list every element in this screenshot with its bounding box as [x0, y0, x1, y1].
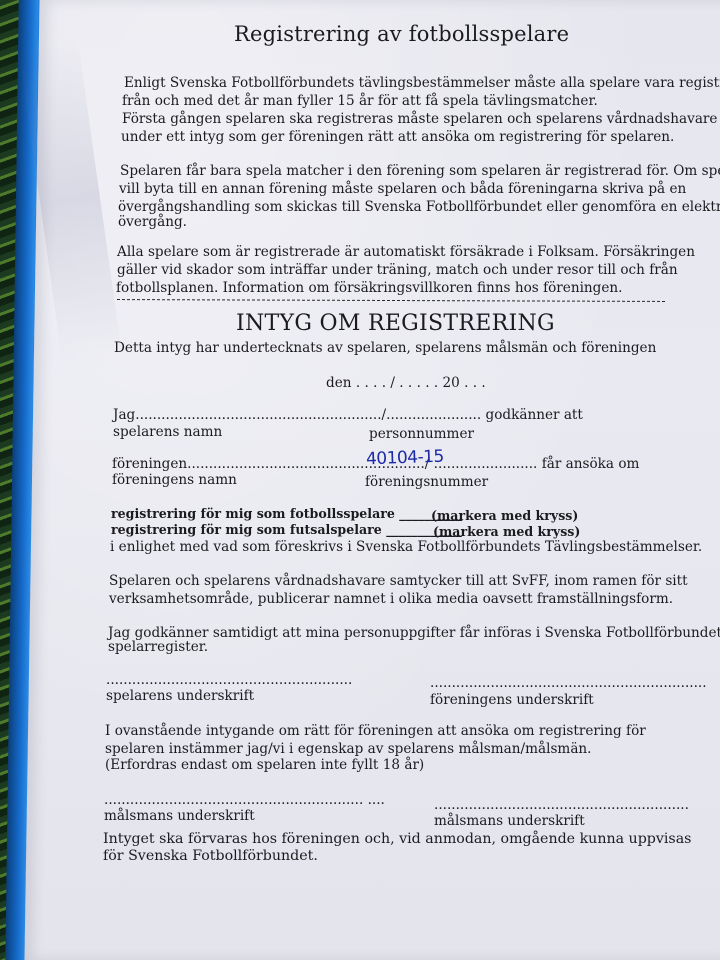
guardian-text-line: I ovanstående intygande om rätt för före…: [105, 723, 646, 740]
certificate-subheading: Detta intyg har undertecknats av spelare…: [114, 340, 656, 357]
certificate-heading: INTYG OM REGISTRERING: [236, 315, 555, 332]
player-name-label: spelarens namn: [113, 424, 222, 441]
player-name-personnummer-field[interactable]: Jag.....................................…: [113, 407, 583, 424]
transfer-line: övergång.: [118, 214, 187, 231]
guardian-signature-field-2[interactable]: ........................................…: [434, 797, 689, 814]
document-title: Registrering av fotbollsspelare: [234, 26, 569, 43]
intro-line: från och med det år man fyller 15 år för…: [122, 93, 598, 110]
options-footer: i enlighet med vad som föreskrivs i Sven…: [110, 539, 702, 556]
guardian-signature-label-2: målsmans underskrift: [434, 813, 585, 830]
insurance-line: Alla spelare som är registrerade är auto…: [117, 244, 695, 261]
gdpr-line: spelarregister.: [108, 639, 208, 656]
personnummer-label: personnummer: [369, 426, 474, 443]
intro-line: under ett intyg som ger föreningen rätt …: [121, 129, 674, 146]
player-signature-field[interactable]: ........................................…: [106, 672, 352, 689]
guardian-signature-field-1[interactable]: ........................................…: [104, 792, 385, 809]
date-field[interactable]: den . . . . / . . . . . 20 . . .: [326, 375, 486, 392]
guardian-text-line: (Erfordras endast om spelaren inte fyllt…: [105, 757, 424, 774]
insurance-line: fotbollsplanen. Information om försäkrin…: [116, 280, 623, 297]
guardian-signature-label-1: målsmans underskrift: [104, 808, 255, 825]
club-number-handwritten: 40104-15: [366, 447, 445, 470]
insurance-line: gäller vid skador som inträffar under tr…: [117, 262, 678, 279]
registration-form: Registrering av fotbollsspelare Enligt S…: [0, 0, 720, 960]
storage-note-line: Intyget ska förvaras hos föreningen och,…: [103, 831, 691, 848]
transfer-line: övergångshandling som skickas till Svens…: [118, 199, 720, 216]
transfer-line: Spelaren får bara spela matcher i den fö…: [120, 163, 720, 180]
option-futsal-note: (markera med kryss): [433, 523, 580, 540]
storage-note-line: för Svenska Fotbollförbundet.: [103, 848, 318, 865]
transfer-line: vill byta till en annan förening måste s…: [119, 181, 686, 198]
club-number-label: föreningsnummer: [365, 474, 488, 491]
guardian-text-line: spelaren instämmer jag/vi i egenskap av …: [105, 741, 592, 758]
option-futsal-checkbox[interactable]: registrering för mig som futsalspelare _…: [111, 521, 462, 538]
club-signature-label: föreningens underskrift: [430, 692, 594, 709]
cut-line-divider: [117, 299, 665, 302]
intro-line: Första gången spelaren ska registreras m…: [122, 111, 720, 128]
option-football-checkbox[interactable]: registrering för mig som fotbollsspelare…: [111, 505, 462, 522]
club-name-label: föreningens namn: [112, 472, 237, 489]
intro-line: Enligt Svenska Fotbollförbundets tävling…: [124, 75, 720, 92]
club-signature-field[interactable]: ........................................…: [430, 675, 707, 692]
consent-line: verksamhetsområde, publicerar namnet i o…: [109, 591, 673, 608]
consent-line: Spelaren och spelarens vårdnadshavare sa…: [109, 573, 688, 590]
player-signature-label: spelarens underskrift: [106, 688, 254, 705]
